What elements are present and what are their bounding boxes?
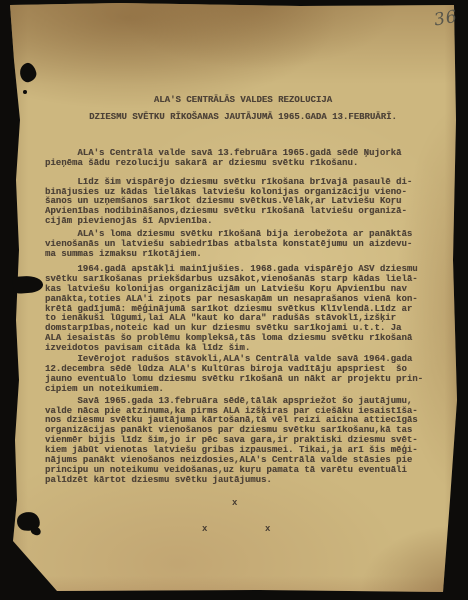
document-title-line-1: ALA'S CENTRĀLĀS VALDES REZOLUCIJA <box>45 96 441 106</box>
separator-x-right: x <box>265 524 270 534</box>
document-title-line-2: DZIESMU SVĒTKU RĪKOŠANAS JAUTĀJUMĀ 1965.… <box>45 113 441 123</box>
paragraph-4: 1964.gadā apstākļi mainījušies. 1968.gad… <box>45 265 441 354</box>
document-text: ALA'S CENTRĀLĀS VALDES REZOLUCIJA DZIESM… <box>45 96 441 486</box>
handwritten-page-number: 36 <box>432 6 465 31</box>
paragraph-3: ALA's loma dziesmu svētku rīkošanā bija … <box>45 230 441 260</box>
paragraph-2: Līdz šim vispārējo dziesmu svētku rīkoša… <box>45 178 441 228</box>
paragraph-6: Savā 1965.gada 13.februāra sēdē,tālāk ap… <box>45 397 441 486</box>
separator-x-left: x <box>202 524 207 534</box>
paragraph-5: Ievērojot radušos stāvokli,ALA's Centrāl… <box>45 355 441 395</box>
paper-hole <box>23 90 27 94</box>
scanned-document: 36 ALA'S CENTRĀLĀS VALDES REZOLUCIJA DZI… <box>0 0 468 600</box>
paragraph-1: ALA's Centrālā valde savā 13.februāra 19… <box>45 149 441 169</box>
separator-x-top: x <box>232 498 237 508</box>
